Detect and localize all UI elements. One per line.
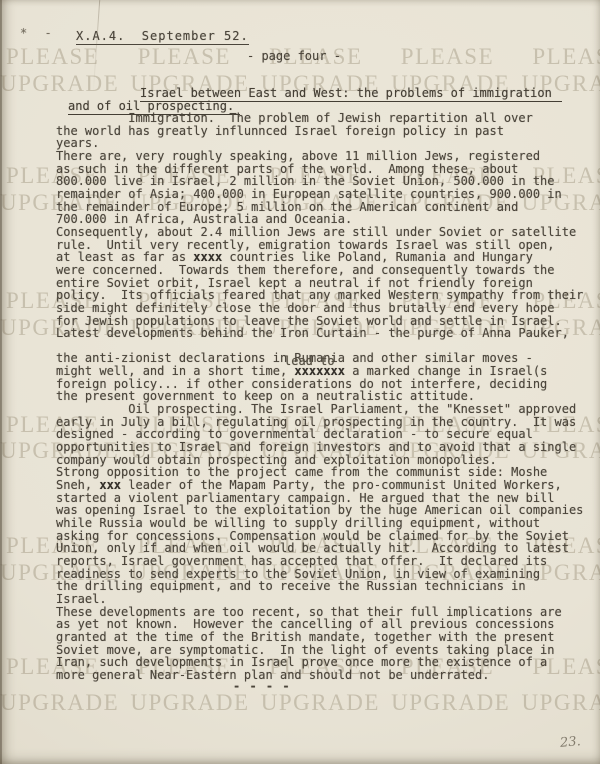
handwritten-page-number: 23. [559, 734, 581, 751]
text-line: at least as far as xxxx countries like P… [56, 251, 583, 264]
text-line: remainder of Asia; 400.000 in European s… [56, 188, 583, 201]
text-line: granted at the time of the British manda… [56, 631, 583, 644]
text-line: Iran, such developments in Israel prove … [56, 656, 583, 669]
text-line: Immigration. The problem of Jewish repar… [56, 112, 583, 125]
text-line: while Russia would be willing to supply … [56, 517, 583, 530]
document-body: Immigration. The problem of Jewish repar… [56, 112, 583, 682]
text-line: Sneh, xxx leader of the Mapam Party, the… [56, 479, 583, 492]
text-line: the drilling equipment, and to receive t… [56, 580, 583, 593]
document-reference: X.A.4. September 52. [76, 29, 249, 45]
text-line: side might definitely close the door and… [56, 302, 583, 315]
text-line: Israel. [56, 593, 583, 606]
text-line: There are, very roughly speaking, above … [56, 150, 583, 163]
text-line: Consequently, about 2.4 million Jews are… [56, 226, 583, 239]
pencil-mark: * - [20, 26, 57, 40]
text-line: Latest developments behind the Iron Curt… [56, 327, 583, 340]
end-separator: - - - - [233, 679, 291, 693]
text-line: reports, Israel government has accepted … [56, 555, 583, 568]
text-line: more general Near-Eastern plan and shoul… [56, 669, 583, 682]
text-line: were concerned. Towards them therefore, … [56, 264, 583, 277]
document-page: PLEASE PLEASE PLEASE PLEASE PLEASEUPGRAD… [0, 0, 600, 764]
text-line: 700.000 in Africa, Australia and Oceania… [56, 213, 583, 226]
text-line: Oil prospecting. The Israel Parliament, … [56, 403, 583, 416]
text-line: opportunities to Israel and foreign inve… [56, 441, 583, 454]
page-indicator: - page four - [247, 49, 341, 63]
text-line: policy. Its officials feared that any ma… [56, 289, 583, 302]
interlinear-insertion: lead to [284, 354, 335, 368]
text-line: the world has greatly influnnced Israel … [56, 125, 583, 138]
document-content: * - X.A.4. September 52. - page four - I… [0, 0, 600, 764]
text-line: as yet not known. However the cancelling… [56, 618, 583, 631]
